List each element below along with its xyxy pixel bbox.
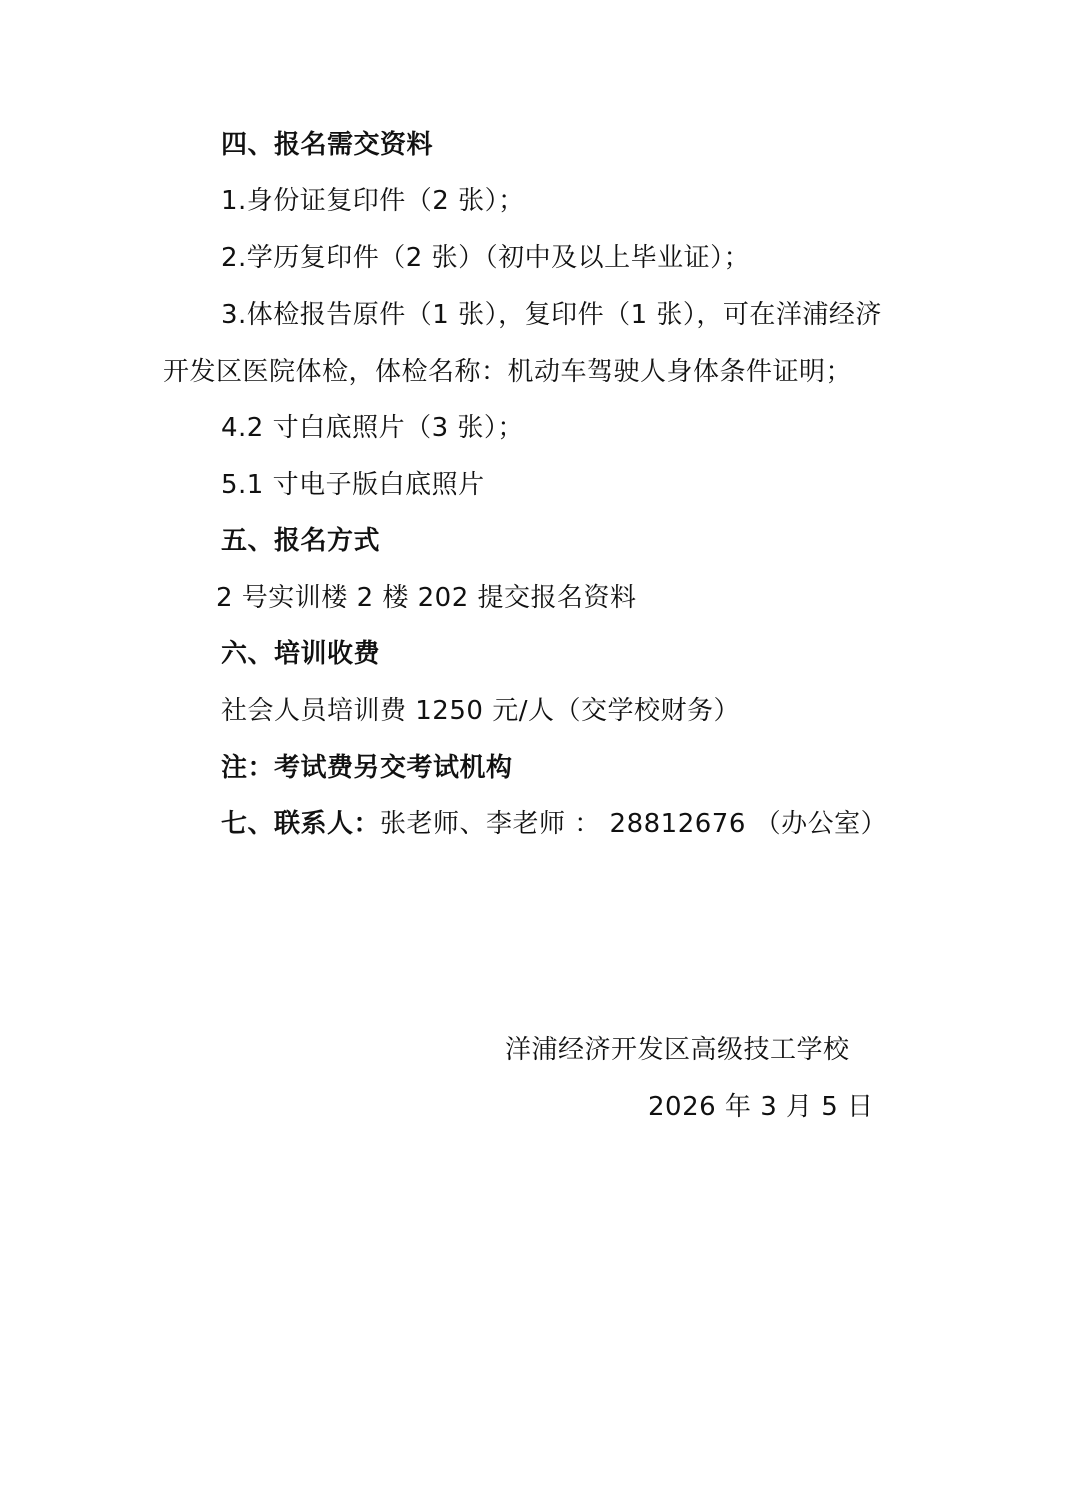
section-heading-registration-method: 五、报名方式 — [221, 524, 380, 558]
list-item: 1.身份证复印件（2 张）； — [221, 184, 525, 218]
section-heading-registration-materials: 四、报名需交资料 — [221, 128, 433, 162]
section-heading-contact: 七、联系人： — [221, 809, 380, 839]
signature-organization: 洋浦经济开发区高级技工学校 — [505, 1033, 850, 1067]
exam-fee-note: 注：考试费另交考试机构 — [221, 751, 513, 785]
list-item: 3.体检报告原件（1 张），复印件（1 张），可在洋浦经济 — [221, 298, 882, 332]
list-item-continuation: 开发区医院体检，体检名称：机动车驾驶人身体条件证明； — [163, 355, 852, 389]
contact-line: 七、联系人：张老师、李老师 ： 28812676 （办公室） — [221, 807, 887, 841]
contact-details: 张老师、李老师 ： 28812676 （办公室） — [380, 809, 887, 839]
list-item: 4.2 寸白底照片（3 张）； — [221, 411, 524, 445]
list-item: 5.1 寸电子版白底照片 — [221, 468, 485, 502]
registration-method-text: 2 号实训楼 2 楼 202 提交报名资料 — [216, 581, 637, 615]
signature-date: 2026 年 3 月 5 日 — [648, 1090, 874, 1124]
section-heading-training-fee: 六、培训收费 — [221, 637, 380, 671]
list-item: 2.学历复印件（2 张）（初中及以上毕业证）； — [221, 241, 750, 275]
training-fee-text: 社会人员培训费 1250 元/人（交学校财务） — [221, 694, 740, 728]
